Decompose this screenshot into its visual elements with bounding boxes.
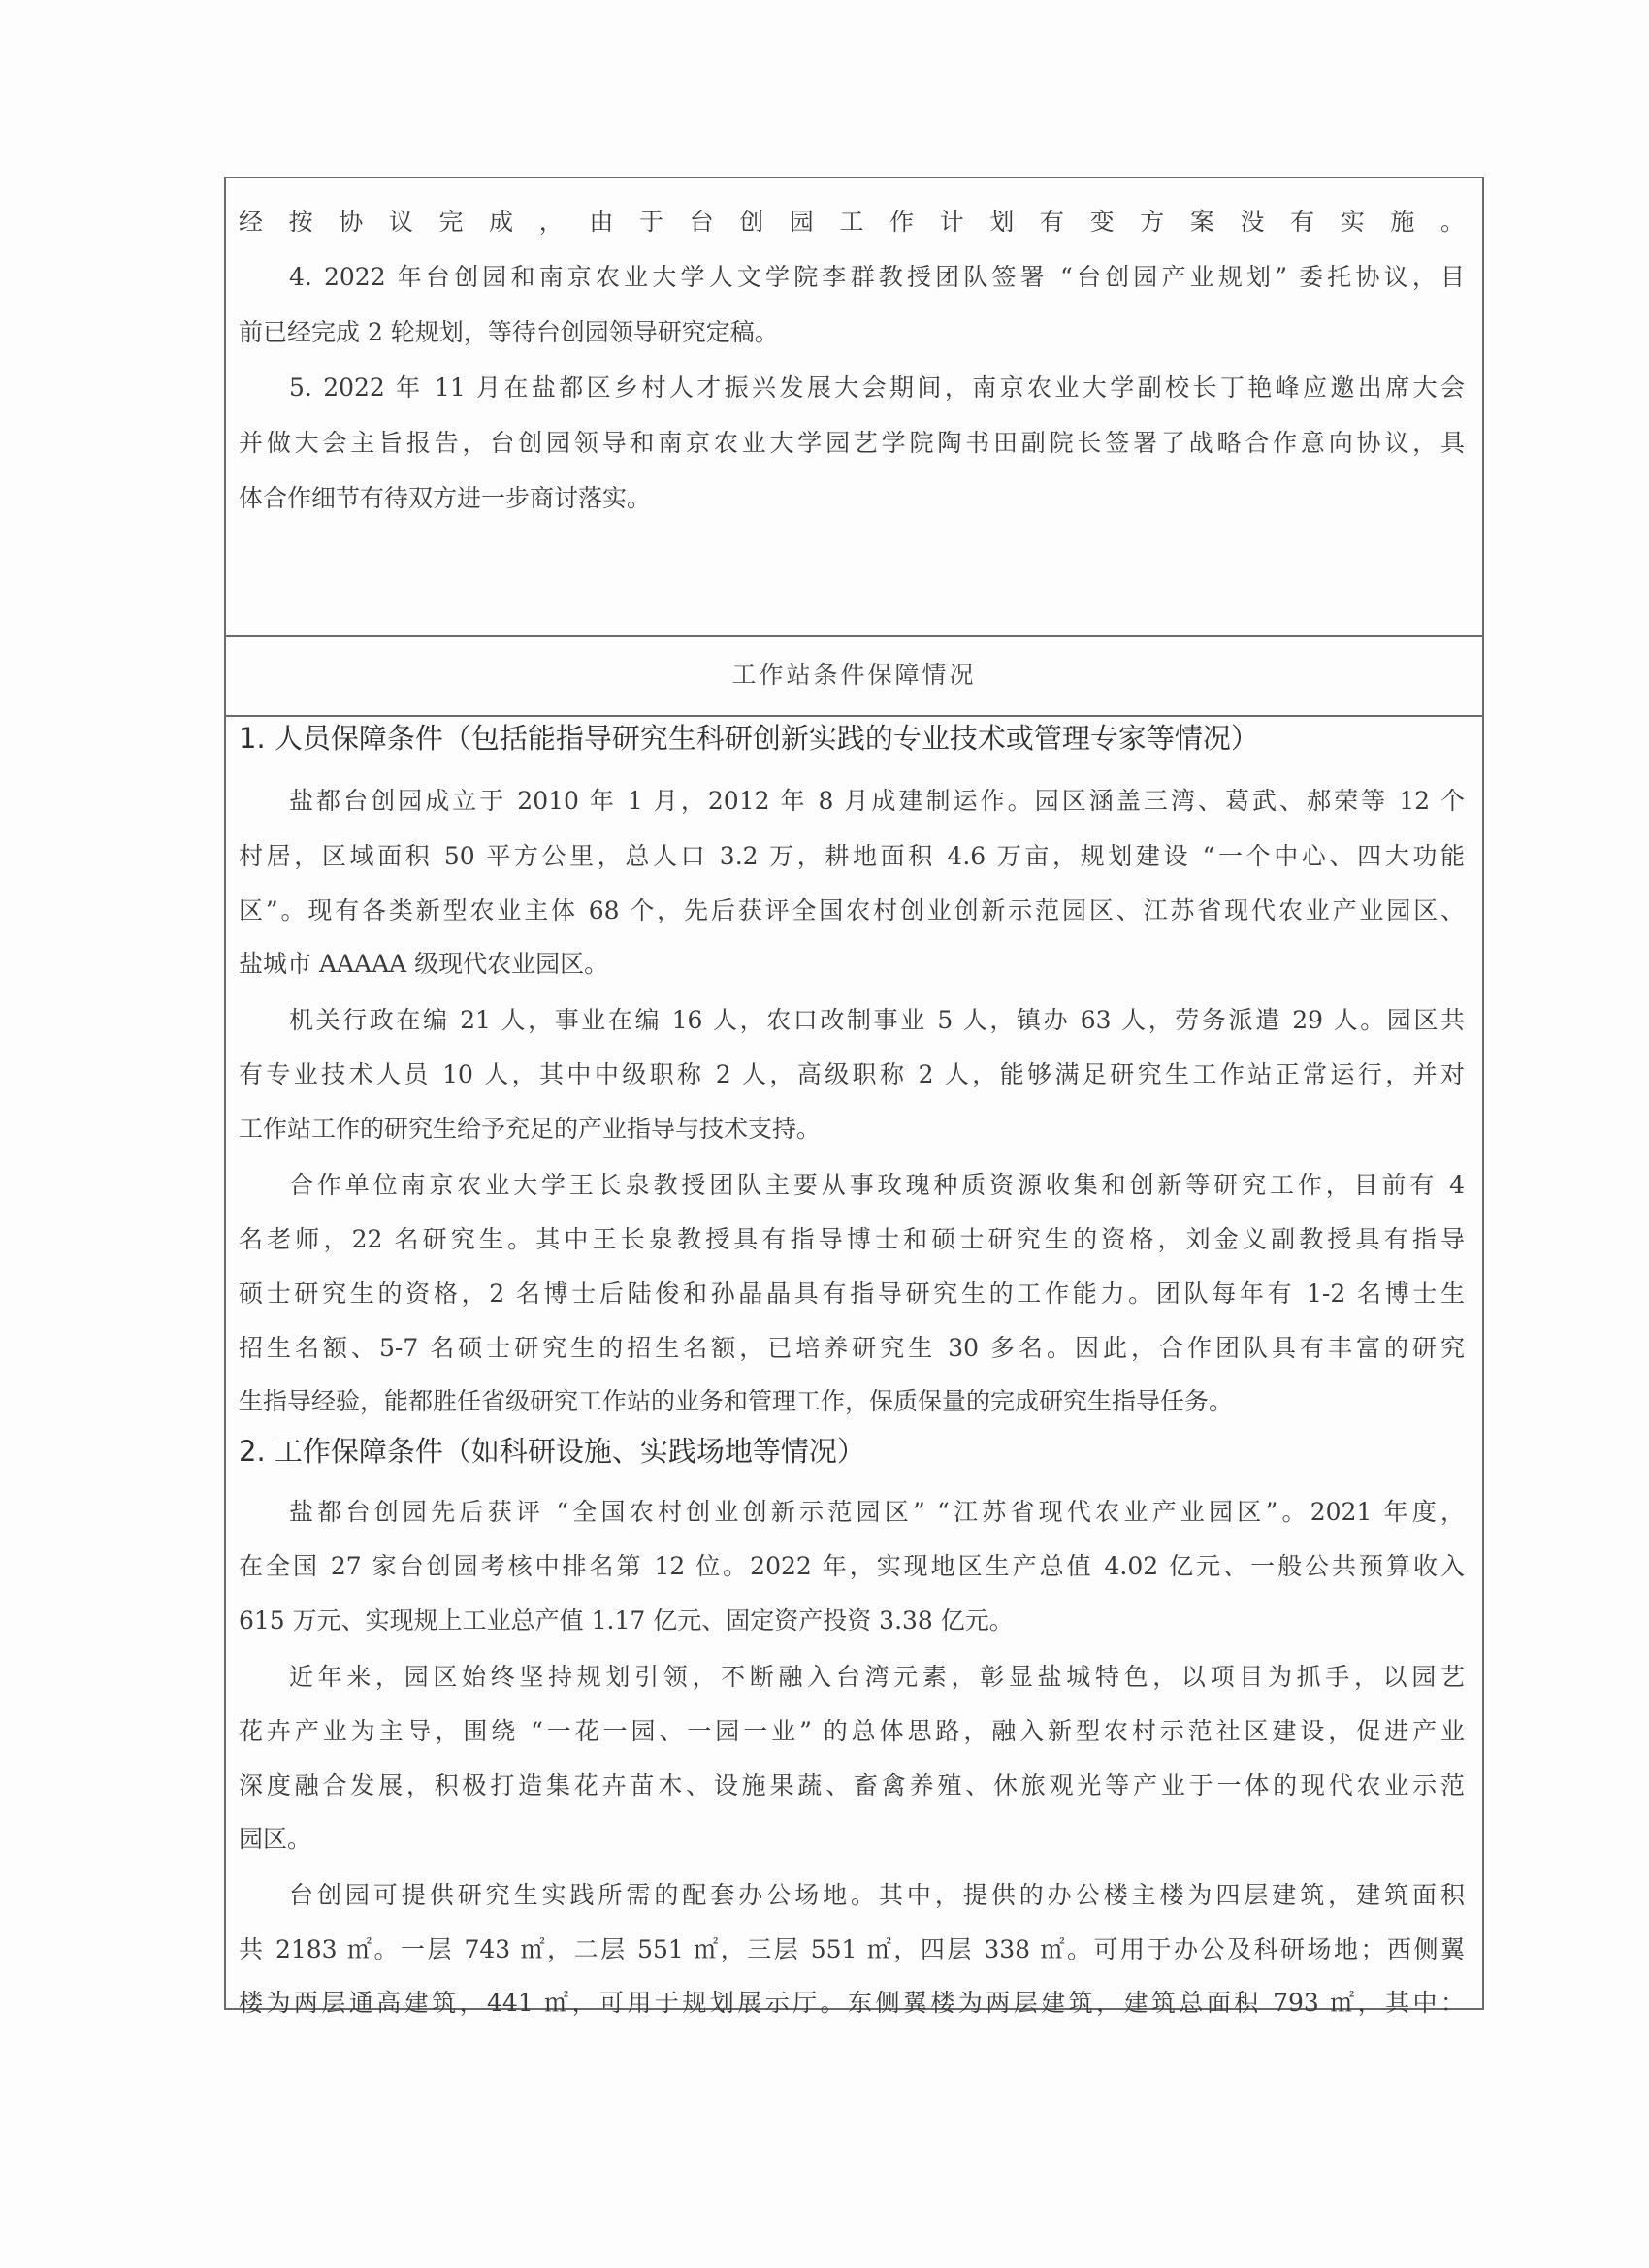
text-line: 招生名额、5-7 名硕士研究生的招生名额，已培养研究生 30 多名。因此，合作团… [239, 1329, 1465, 1368]
previous-section-cell: 经按协议完成，由于台创园工作计划有变方案没有实施。 4. 2022 年台创园和南… [226, 178, 1482, 637]
text-line: 5. 2022 年 11 月在盐都区乡村人才振兴发展大会期间，南京农业大学副校长… [239, 369, 1465, 407]
section-header-row: 工作站条件保障情况 [226, 635, 1482, 717]
text-line: 并做大会主旨报告，台创园领导和南京农业大学园艺学院陶书田副院长签署了战略合作意向… [239, 424, 1465, 463]
text-line: 园区。 [239, 1820, 1465, 1859]
heading-work-conditions: 2. 工作保障条件（如科研设施、实践场地等情况） [239, 1432, 1465, 1471]
text-line: 4. 2022 年台创园和南京农业大学人文学院李群教授团队签署 “台创园产业规划… [239, 258, 1465, 297]
section-title: 工作站条件保障情况 [226, 635, 1482, 715]
text-line: 机关行政在编 21 人，事业在编 16 人，农口改制事业 5 人，镇办 63 人… [239, 1001, 1465, 1040]
document-table: 经按协议完成，由于台创园工作计划有变方案没有实施。 4. 2022 年台创园和南… [224, 177, 1484, 2010]
text-line: 共 2183 ㎡。一层 743 ㎡，二层 551 ㎡，三层 551 ㎡，四层 3… [239, 1930, 1465, 1969]
text-line: 深度融合发展，积极打造集花卉苗木、设施果蔬、畜禽养殖、休旅观光等产业于一体的现代… [239, 1766, 1465, 1805]
text-line: 名老师，22 名研究生。其中王长泉教授具有指导博士和硕士研究生的资格，刘金义副教… [239, 1220, 1465, 1259]
text-line: 台创园可提供研究生实践所需的配套办公场地。其中，提供的办公楼主楼为四层建筑，建筑… [239, 1876, 1465, 1915]
text-line: 经按协议完成，由于台创园工作计划有变方案没有实施。 [239, 203, 1465, 242]
heading-personnel-conditions: 1. 人员保障条件（包括能指导研究生科研创新实践的专业技术或管理专家等情况） [239, 719, 1465, 758]
text-line: 盐城市 AAAAA 级现代农业园区。 [239, 945, 1465, 984]
text-line: 村居，区域面积 50 平方公里，总人口 3.2 万，耕地面积 4.6 万亩，规划… [239, 837, 1465, 876]
text-line: 合作单位南京农业大学王长泉教授团队主要从事玫瑰种质资源收集和创新等研究工作，目前… [239, 1166, 1465, 1205]
text-line: 花卉产业为主导，围绕 “一花一园、一园一业” 的总体思路，融入新型农村示范社区建… [239, 1712, 1465, 1751]
text-line: 硕士研究生的资格，2 名博士后陆俊和孙晶晶具有指导研究生的工作能力。团队每年有 … [239, 1275, 1465, 1313]
text-line: 生指导经验，能都胜任省级研究工作站的业务和管理工作，保质保量的完成研究生指导任务… [239, 1382, 1465, 1421]
text-line: 区”。现有各类新型农业主体 68 个，先后获评全国农村创业创新示范园区、江苏省现… [239, 891, 1465, 930]
text-line: 楼为两层通高建筑，441 ㎡，可用于规划展示厅。东侧翼楼为两层建筑，建筑总面积 … [239, 1984, 1465, 2023]
text-line: 近年来，园区始终坚持规划引领，不断融入台湾元素，彰显盐城特色，以项目为抓手，以园… [239, 1658, 1465, 1697]
text-line: 615 万元、实现规上工业总产值 1.17 亿元、固定资产投资 3.38 亿元。 [239, 1602, 1465, 1640]
conditions-cell: 1. 人员保障条件（包括能指导研究生科研创新实践的专业技术或管理专家等情况） 盐… [226, 717, 1482, 2008]
text-line: 盐都台创园先后获评 “全国农村创业创新示范园区” “江苏省现代农业产业园区”。2… [239, 1493, 1465, 1532]
text-line: 有专业技术人员 10 人，其中中级职称 2 人，高级职称 2 人，能够满足研究生… [239, 1055, 1465, 1094]
text-line: 在全国 27 家台创园考核中排名第 12 位。2022 年，实现地区生产总值 4… [239, 1547, 1465, 1586]
text-line: 前已经完成 2 轮规划，等待台创园领导研究定稿。 [239, 313, 1465, 352]
text-line: 体合作细节有待双方进一步商讨落实。 [239, 479, 1465, 518]
text-line: 工作站工作的研究生给予充足的产业指导与技术支持。 [239, 1110, 1465, 1149]
text-line: 盐都台创园成立于 2010 年 1 月，2012 年 8 月成建制运作。园区涵盖… [239, 782, 1465, 821]
